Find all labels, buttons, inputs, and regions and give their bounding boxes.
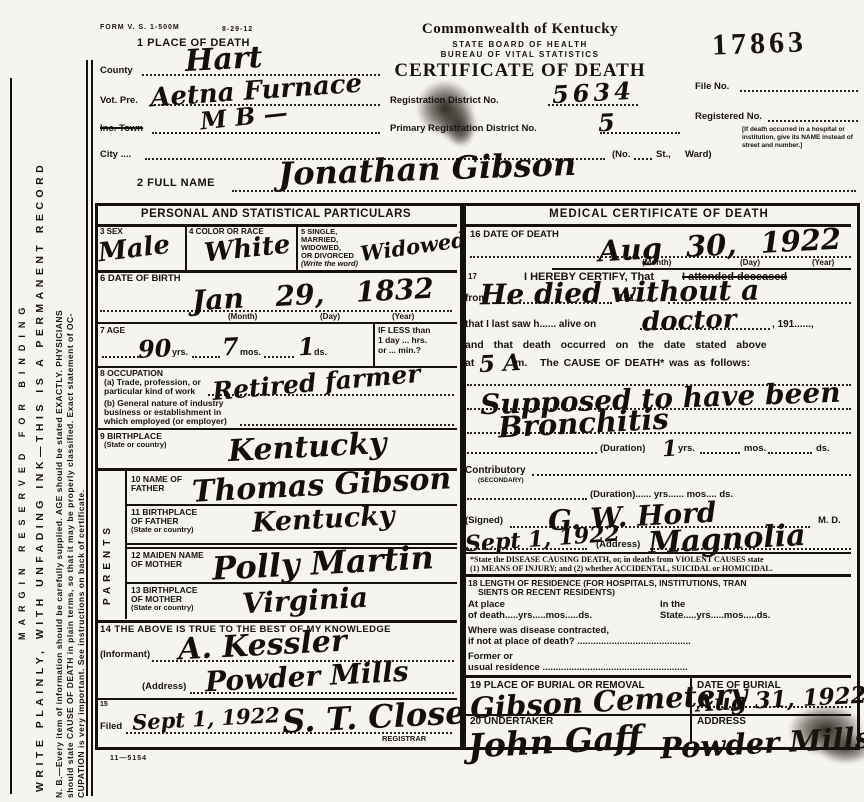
physician-address-label: (Address) [596,540,640,550]
contracted-line1: Where was disease contracted, [468,626,609,636]
form-number: FORM V. S. 1-500M [100,24,180,31]
duration-years-value: 1 [661,436,678,463]
duration-mos-label: mos. [744,444,766,454]
file-no-label: File No. [695,82,729,92]
registration-district-value: 5634 [551,76,635,109]
certify-item-number: 17 [468,273,477,281]
bureau-heading: BUREAU OF VITAL STATISTICS [441,51,600,59]
street-label: St., [656,150,671,160]
full-name-value: Jonathan Gibson [277,145,576,193]
informant-address-label: (Address) [142,682,186,692]
duration-yrs-label: yrs. [678,444,695,454]
county-label: County [100,66,133,76]
plate-number: 11—5154 [110,755,147,762]
residence-label-line2: SIENTS OR RECENT RESIDENTS) [478,588,615,597]
age-mos-label: mos. [240,348,261,357]
margin-permanent-record-text: WRITE PLAINLY, WITH UNFADING INK—THIS IS… [34,161,46,792]
undertaker-address-label: ADDRESS [697,717,746,728]
father-bp-soc-label: (State or country) [131,526,194,534]
margin-nb-line2: should state CAUSE OF DEATH in plain ter… [65,310,76,798]
former-line1: Former or [468,652,513,662]
dod-year-label: (Year) [812,259,834,267]
certificate-serial-stamp: 17863 [711,26,807,61]
inc-town-label: Inc. Town [100,124,143,134]
mother-bp-value: Virginia [241,581,369,621]
duration-label: (Duration) [600,444,645,454]
age-ds-label: ds. [314,348,327,357]
md-label: M. D. [818,516,841,526]
precinct-label: Vot. Pre. [100,96,138,106]
occupation-a-line2: particular kind of work [104,387,195,396]
page-edge-rule [10,78,12,794]
duration-ds-label: ds. [816,444,830,454]
if-less-line2: 1 day ... hrs. [378,336,427,345]
at-place-line1: At place [468,600,505,610]
occupation-b-line3: which employed (or employer) [104,417,227,426]
registered-no-label: Registered No. [695,112,762,122]
full-name-label: 2 FULL NAME [137,178,215,190]
registrar-label: REGISTRAR [382,735,426,743]
father-name-label2: FATHER [131,484,164,493]
form-revision-date: 8-29-12 [222,26,253,33]
footnote-line2: (1) MEANS OF INJURY; and (2) whether ACC… [470,565,773,573]
at-place-line2: of death.....yrs.....mos.....ds. [468,611,592,621]
marital-label-5: (Write the word) [301,260,358,268]
certify-191b: , 191......, [772,320,814,331]
certify-last-saw: that I last saw h...... alive on [465,320,596,331]
in-the-line2: State.....yrs.....mos.....ds. [660,611,770,621]
age-yrs-label: yrs. [172,348,188,357]
dob-label: 6 DATE OF BIRTH [100,274,181,284]
cause-follows-label: The CAUSE OF DEATH* was as follows: [540,358,750,369]
filed-label: Filed [100,722,122,732]
hospital-note: [If death occurred in a hospital or inst… [742,126,860,150]
dod-day-label: (Day) [740,259,760,267]
margin-nb-line1: N. B.—Every item of information should b… [54,310,65,798]
contracted-line2: if not at place of death? ..............… [468,637,691,647]
age-years-value: 90 [137,333,172,364]
informant-label: (Informant) [100,650,150,660]
margin-nb-text: N. B.—Every item of information should b… [54,310,87,798]
ward-label: Ward) [685,150,712,160]
death-certificate-scan: MARGIN RESERVED FOR BINDING WRITE PLAINL… [0,0,864,802]
ink-smudge-blob-2 [818,732,864,764]
dob-year-label: (Year) [392,313,414,321]
age-months-value: 7 [221,332,239,362]
age-label: 7 AGE [100,326,125,335]
primary-district-value: 5 [597,108,615,138]
mother-name-label2: OF MOTHER [131,560,182,569]
filed-item-number: 15 [100,701,108,708]
hw-doctor: doctor [642,304,737,337]
commonwealth-heading: Commonwealth of Kentucky [422,22,618,38]
dod-label: 16 DATE OF DEATH [470,230,559,240]
city-label: City .... [100,150,131,160]
margin-binding-text: MARGIN RESERVED FOR BINDING [17,301,27,640]
margin-double-rule-inner [91,60,93,796]
parents-section-label: PARENTS [102,490,113,605]
margin-nb-line3: CUPATION is very important. See instruct… [76,310,87,798]
state-board-heading: STATE BOARD OF HEALTH [452,41,588,49]
dob-day-label: (Day) [320,313,340,321]
former-line2: usual residence ........................… [468,663,688,673]
age-days-value: 1 [297,332,315,362]
if-less-line1: IF LESS than [378,326,430,335]
dod-month-label: (Month) [642,259,671,267]
medical-title: MEDICAL CERTIFICATE OF DEATH [549,208,769,220]
birthplace-soc-label: (State or country) [104,441,167,449]
certify-m-label: m. [515,358,527,369]
signed-label: (Signed) [465,516,503,526]
certify-at-label: at [465,358,474,369]
mother-bp-soc-label: (State or country) [131,604,194,612]
street-no-label: (No. [612,150,630,160]
dob-month-label: (Month) [228,313,257,321]
secondary-label: (SECONDARY) [478,478,524,485]
county-value: Hart [184,40,263,79]
personal-title: PERSONAL AND STATISTICAL PARTICULARS [141,208,411,220]
in-the-line1: In the [660,600,685,610]
if-less-line3: or ... min.? [378,346,421,355]
undertaker-value: John Gaff [467,717,643,765]
ink-stamp-blob-3 [448,118,474,148]
contributory-label: Contributory [465,466,526,477]
